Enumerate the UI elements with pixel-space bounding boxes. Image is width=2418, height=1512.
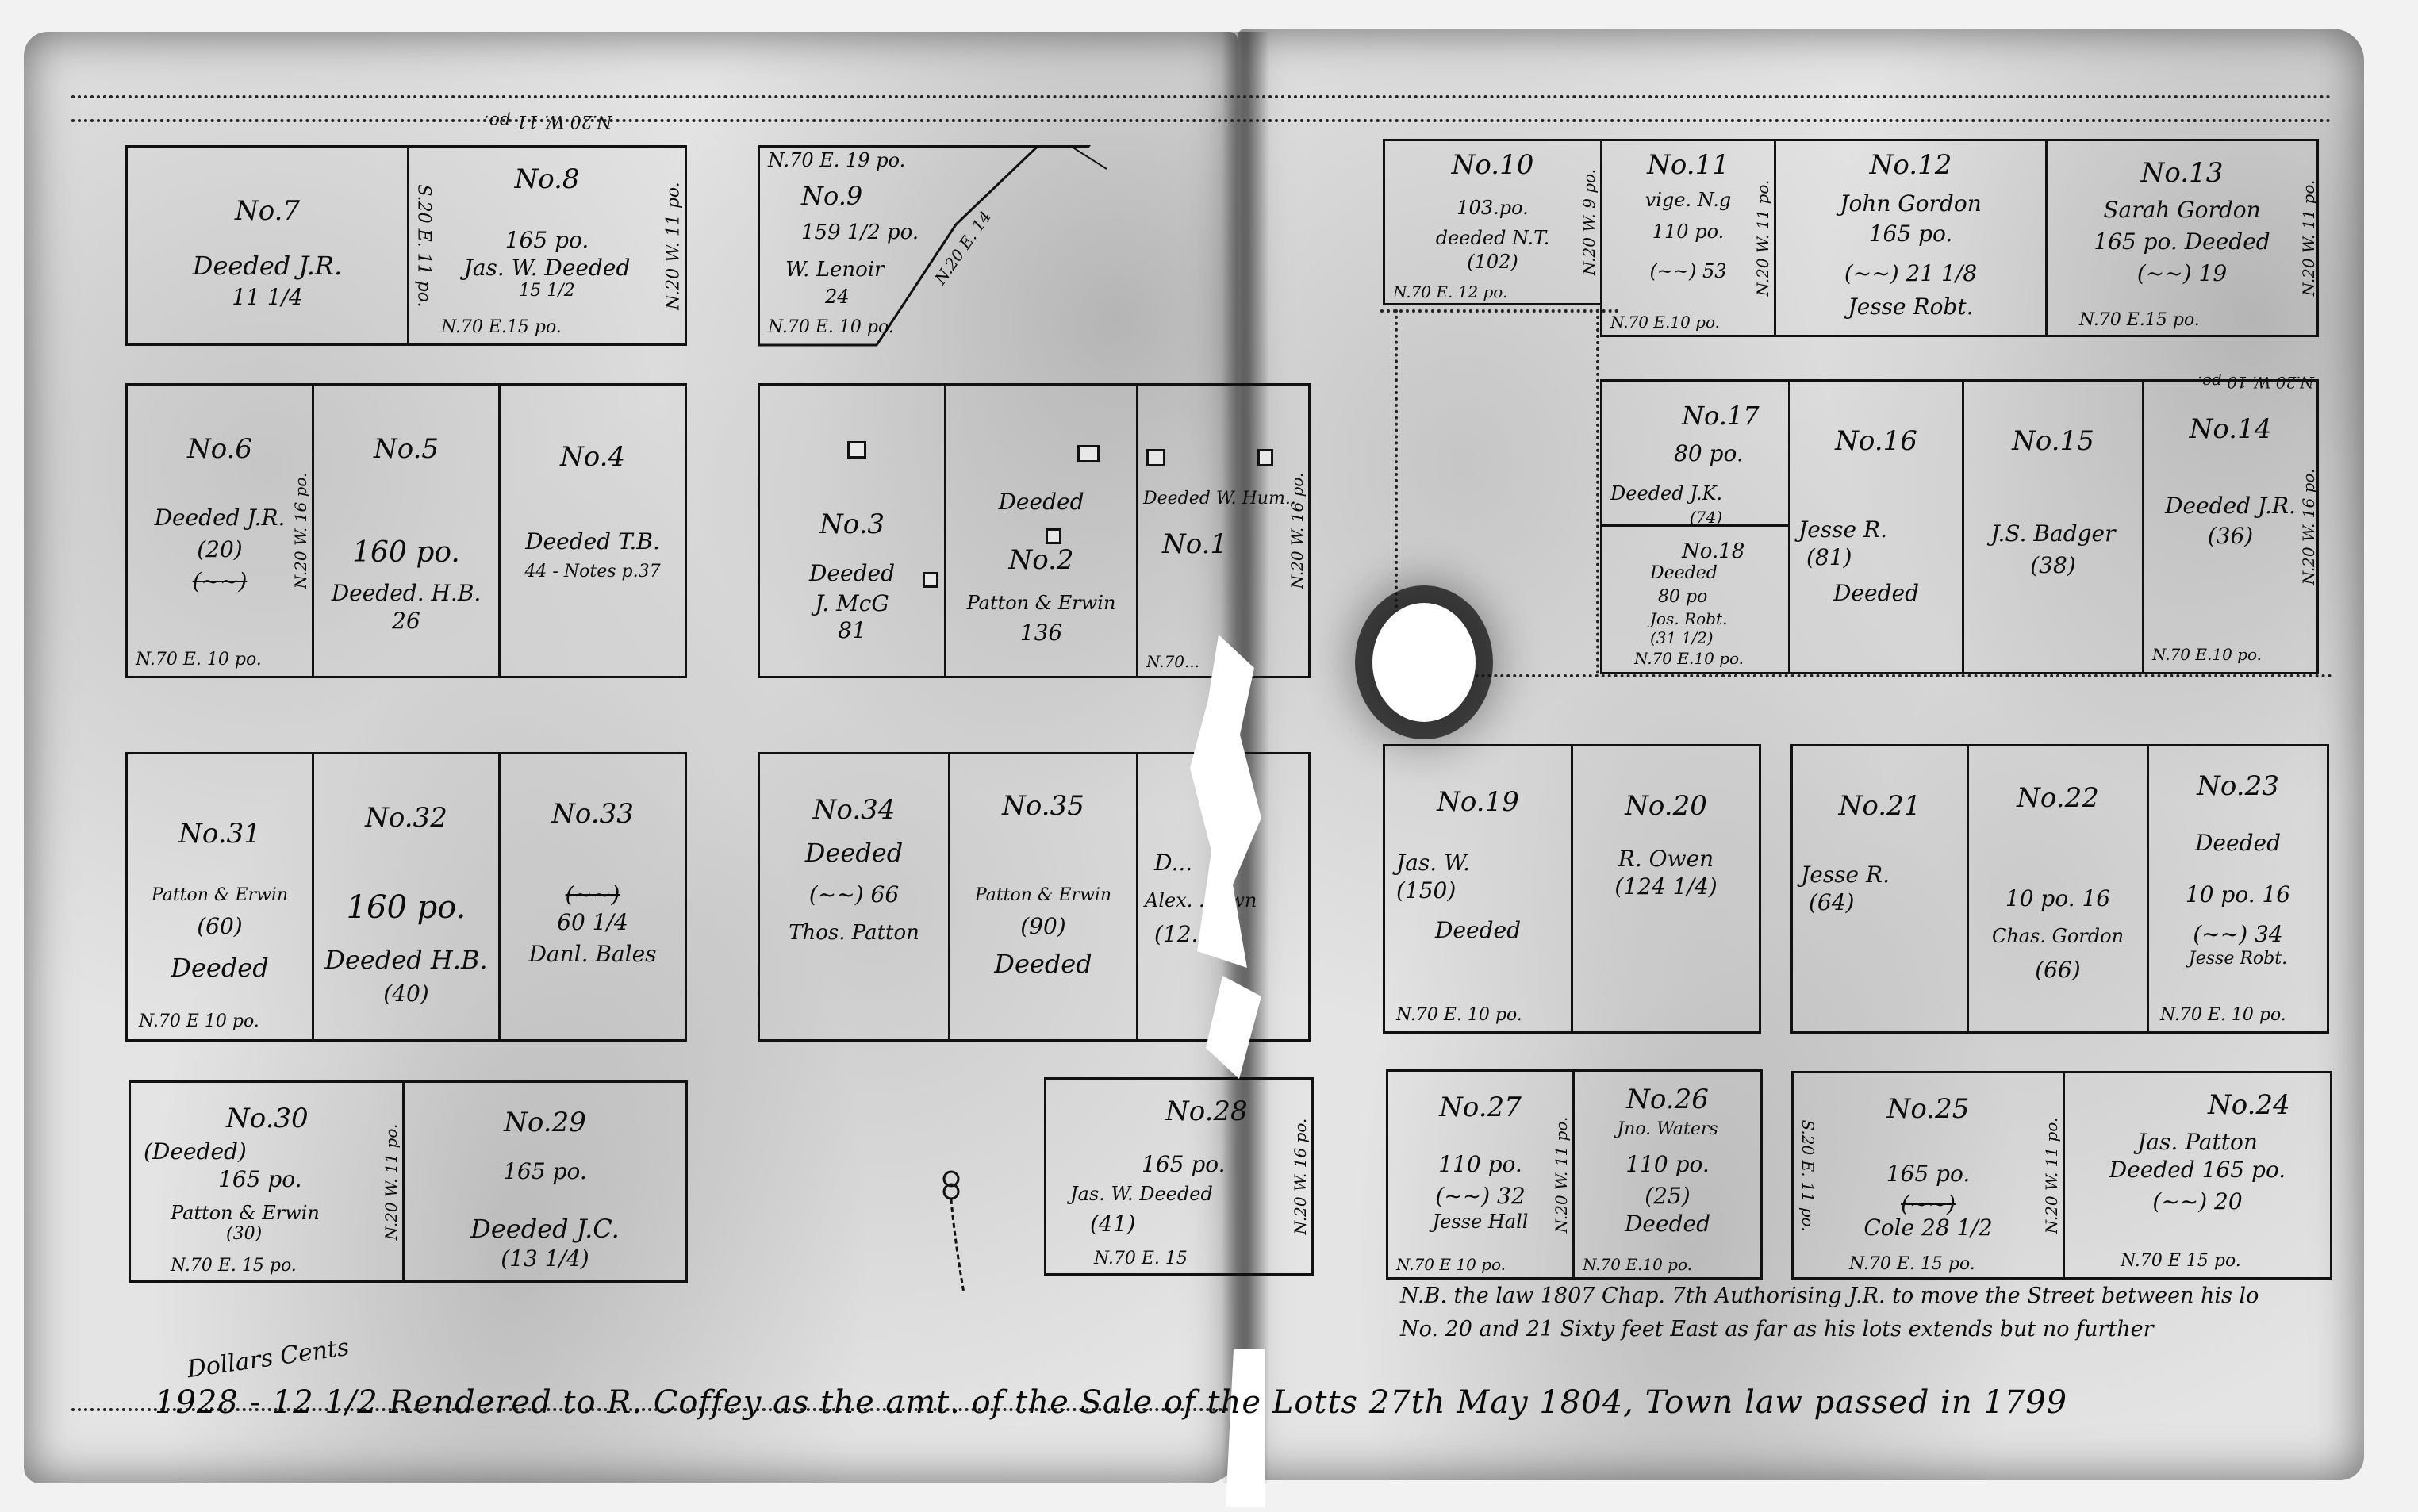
lot-owner: Jno. Waters — [1575, 1119, 1760, 1139]
survey-stake-marker — [940, 1166, 972, 1293]
lot-bearing: N.70 E 10 po. — [1396, 1255, 1506, 1274]
lot-side-bearing: N.20 W. 11 po. — [382, 1123, 401, 1240]
lot-value: (60) — [128, 913, 312, 939]
lot-side-note: 10 po. 16 — [1969, 885, 2147, 911]
lot-side-note: 10 po. 16 — [2149, 881, 2327, 908]
lot-area: 110 po. — [1388, 1151, 1572, 1177]
lot-20[interactable]: No.20 R. Owen (124 1/4) — [1571, 744, 1761, 1034]
lot-17-value: (74) — [1690, 508, 1722, 527]
street-line-vertical-2 — [1596, 309, 1599, 674]
lot-owner: Danl. Bales — [501, 941, 685, 967]
lot-owner: W. Lenoir — [785, 258, 885, 282]
lot-29[interactable]: No.29 165 po. Deeded J.C. (13 1/4) — [402, 1080, 688, 1283]
lot-bearing: N.70 E. 15 — [1094, 1249, 1188, 1268]
lot-area: 160 po. — [314, 536, 498, 569]
lot-bearing: N.70 E. 10 po. — [768, 317, 894, 337]
lot-value: (102) — [1385, 251, 1600, 273]
lot-value: (13 1/4) — [405, 1245, 685, 1272]
lot-area: 165 po. Deeded — [2048, 228, 2316, 255]
lot-number: No.5 — [314, 433, 498, 465]
lot-value-struck: (~~) — [128, 568, 312, 594]
lot-number: No.35 — [950, 790, 1136, 822]
lot-number: No.7 — [128, 195, 407, 227]
annotation-above-lot-8: N.20 W. 11 po. — [484, 111, 612, 131]
lot-deeded: (Deeded) — [131, 1138, 402, 1165]
lot-value-struck: (~~) — [501, 881, 685, 908]
lot-number: No.30 — [131, 1103, 402, 1134]
lot-number: No.3 — [760, 508, 944, 540]
lot-area: Deeded 165 po. — [2065, 1157, 2330, 1183]
lot-bearing: N.70 E 15 po. — [2121, 1251, 2241, 1271]
lot-bearing: N.70 E 10 po. — [139, 1011, 259, 1031]
lot-11[interactable]: No.11 vige. N.g 110 po. (~~) 53 N.70 E.1… — [1600, 139, 1776, 337]
lot-owner: Sarah Gordon — [2048, 197, 2316, 223]
lot-number: No.34 — [760, 794, 948, 826]
street-line-mid — [1380, 674, 2332, 677]
lot-deeded: Deeded — [946, 489, 1136, 515]
building-icon — [1046, 528, 1061, 544]
lot-18-owner: Jos. Robt. — [1650, 609, 1727, 628]
lot-21[interactable]: No.21 Jesse R. (64) — [1790, 744, 1969, 1034]
lot-7[interactable]: No.7 Deeded J.R. 11 1/4 — [125, 145, 409, 346]
lot-side-bearing: N.20 W. 11 po. — [664, 182, 684, 310]
lot-35[interactable]: No.35 Patton & Erwin (90) Deeded — [948, 752, 1138, 1042]
lot-value: (124 1/4) — [1573, 873, 1759, 900]
lot-18-area: 80 po — [1658, 587, 1707, 607]
lot-value: 26 — [314, 608, 498, 634]
lot-number: No.15 — [1964, 425, 2142, 457]
lot-number: No.31 — [128, 818, 312, 850]
lot-33[interactable]: No.33 (~~) 60 1/4 Danl. Bales — [498, 752, 687, 1042]
lot-14[interactable]: No.14 Deeded J.R. (36) N.70 E.10 po. N.2… — [2142, 379, 2319, 674]
lot-number: No.6 — [128, 433, 312, 465]
lot-deeded: Deeded — [1790, 580, 1962, 606]
lot-value: (64) — [1793, 889, 1967, 915]
lot-area: 165 po. — [405, 1158, 685, 1184]
lot-side-bearing: N.20 W. 16 po. — [291, 473, 310, 589]
law-note-line-2: No. 20 and 21 Sixty feet East as far as … — [1400, 1317, 2154, 1341]
lot-number: No.26 — [1575, 1084, 1760, 1115]
lot-number: No.24 — [2065, 1089, 2330, 1121]
lot-area: 165 po. — [409, 227, 685, 253]
lot-bearing: N.70 E. 10 po. — [1396, 1005, 1522, 1025]
lot-owner: Cole 28 1/2 — [1794, 1215, 2063, 1241]
lot-18-bearing: N.70 E.10 po. — [1634, 649, 1744, 668]
lot-17-area: 80 po. — [1674, 440, 1744, 466]
lot-number: No.28 — [1046, 1096, 1311, 1127]
lot-number: No.12 — [1776, 149, 2045, 181]
lot-area: 159 1/2 po. — [801, 221, 919, 244]
lot-number: No.10 — [1385, 149, 1600, 181]
street-line-cross — [1380, 309, 1618, 313]
lot-area: 165 po. — [1046, 1151, 1311, 1177]
lot-value: (41) — [1046, 1211, 1311, 1237]
lot-value: 44 - Notes p.37 — [501, 562, 685, 581]
lot-value: (30) — [131, 1224, 402, 1244]
lot-value: (~~) 34 — [2149, 921, 2327, 947]
lot-2[interactable]: No.2 Deeded Patton & Erwin 136 — [944, 383, 1138, 678]
lot-22[interactable]: No.22 10 po. 16 Chas. Gordon (66) — [1967, 744, 2149, 1034]
lot-17-number: No.17 — [1682, 401, 1760, 431]
lot-owner: Deeded W. Hum.. — [1138, 489, 1308, 508]
lot-number: No.29 — [405, 1107, 685, 1138]
lot-number: No.4 — [501, 441, 685, 473]
lot-owner: J. McG — [760, 590, 944, 616]
lot-1[interactable]: No.1 Deeded W. Hum.. N.70... N.20 W. 16 … — [1136, 383, 1311, 678]
lot-number: No.11 — [1602, 149, 1774, 181]
lot-18-value: (31 1/2) — [1650, 628, 1714, 647]
lot-value: (~~) 32 — [1388, 1183, 1572, 1209]
lot-owner: Deeded. H.B. — [314, 580, 498, 606]
lot-number: No.19 — [1385, 786, 1571, 818]
lot-purchaser: Jesse Robt. — [1776, 294, 2045, 320]
lot-bearing: N.70 E.15 po. — [2079, 310, 2200, 330]
lot-value: (150) — [1385, 877, 1571, 904]
lot-owner: Deeded J.R. — [128, 251, 407, 281]
lot-number: No.8 — [409, 163, 685, 195]
lot-9-top-bearing: N.70 E. 19 po. — [768, 149, 905, 171]
lot-side-bearing-left: S.20 E. 11 po. — [414, 184, 434, 307]
lot-number: No.16 — [1790, 425, 1962, 457]
lot-owner: Thos. Patton — [760, 921, 948, 945]
lot-value: 60 1/4 — [501, 909, 685, 935]
lot-area: 110 po. — [1602, 221, 1774, 243]
lot-number: No.22 — [1969, 782, 2147, 814]
building-icon — [1146, 449, 1165, 466]
lot-bearing: N.70 E. 12 po. — [1393, 282, 1507, 301]
building-icon — [1257, 449, 1273, 466]
lot-bearing: N.70 E.10 po. — [1583, 1255, 1692, 1274]
lot-deeded: Deeded — [760, 838, 948, 868]
lot-side-bearing: N.20 W. 16 po. — [2299, 469, 2318, 585]
building-icon — [847, 441, 866, 459]
building-icon — [1077, 445, 1100, 462]
lot-owner: Deeded H.B. — [314, 945, 498, 975]
law-note-line-1: N.B. the law 1807 Chap. 7th Authorising … — [1400, 1284, 2259, 1308]
lot-owner: Jesse Hall — [1388, 1211, 1572, 1233]
lot-18-number: No.18 — [1682, 539, 1744, 563]
lot-value: (~~) 21 1/8 — [1776, 260, 2045, 286]
lot-15[interactable]: No.15 J.S. Badger (38) — [1962, 379, 2144, 674]
lot-value: (~~) 19 — [2048, 260, 2316, 286]
lot-value: (~~) 53 — [1602, 260, 1774, 282]
building-icon — [923, 572, 938, 588]
lot-deeded: Deeded — [1575, 1211, 1760, 1237]
lot-bearing: N.70 E. 15 po. — [171, 1256, 297, 1276]
lot-side-bearing: N.20 W. 11 po. — [1753, 180, 1772, 297]
lot-bearing: N.70... — [1146, 652, 1199, 671]
lot-6[interactable]: No.6 Deeded J.R. (20) (~~) N.70 E. 10 po… — [125, 383, 314, 678]
lot-owner: Chas. Gordon — [1969, 925, 2147, 947]
lot-27[interactable]: No.27 110 po. (~~) 32 Jesse Hall N.70 E … — [1386, 1069, 1575, 1280]
lot-number: No.32 — [314, 802, 498, 834]
lot-owner: Deeded J.C. — [405, 1214, 685, 1244]
lot-value: 24 — [825, 286, 850, 308]
lot-value: (~~) 20 — [2065, 1188, 2330, 1215]
lot-area: 165 po. — [1794, 1161, 2063, 1187]
street-line-top — [71, 95, 2332, 98]
lot-owner: J.S. Badger — [1964, 520, 2142, 547]
lot-value: (90) — [950, 913, 1136, 939]
lot-number: No.27 — [1388, 1092, 1572, 1123]
lot-owner: Deeded T.B. — [501, 528, 685, 555]
lot-owner: R. Owen — [1573, 846, 1759, 872]
lot-24[interactable]: No.24 Jas. Patton Deeded 165 po. (~~) 20… — [2063, 1071, 2332, 1280]
lot-owner: John Gordon — [1776, 190, 2045, 217]
lot-owner: Jas. W. — [1385, 850, 1571, 876]
lot-value: 11 1/4 — [128, 284, 407, 310]
lot-17-owner: Deeded J.K. — [1610, 482, 1722, 505]
lot-value: (81) — [1790, 544, 1962, 570]
lot-13[interactable]: No.13 Sarah Gordon 165 po. Deeded (~~) 1… — [2045, 139, 2319, 337]
lot-deeded: Deeded — [2149, 830, 2327, 856]
burn-hole — [1372, 603, 1476, 722]
ledger-line: 1928 - 12 1/2 Rendered to R. Coffey as t… — [155, 1384, 2067, 1421]
lot-19[interactable]: No.19 Jas. W. (150) Deeded N.70 E. 10 po… — [1383, 744, 1573, 1034]
lot-number: No.14 — [2144, 413, 2316, 445]
lot-number: No.20 — [1573, 790, 1759, 822]
street-line-top-2 — [71, 119, 2332, 122]
lot-value: (25) — [1575, 1183, 1760, 1209]
lot-5[interactable]: No.5 160 po. Deeded. H.B. 26 — [312, 383, 501, 678]
lot-23[interactable]: No.23 Deeded 10 po. 16 (~~) 34 Jesse Rob… — [2147, 744, 2329, 1034]
lot-value: (40) — [314, 980, 498, 1007]
lot-bearing: N.70 E.10 po. — [2152, 645, 2262, 664]
lot-side-bearing: N.20 W. 11 po. — [2042, 1117, 2061, 1234]
lot-area: 165 po. — [1776, 221, 2045, 247]
lot-number: No.13 — [2048, 157, 2316, 189]
lot-bearing: N.70 E.15 po. — [441, 317, 562, 337]
lot-side-bearing: N.20 W. 16 po. — [1288, 473, 1307, 589]
lot-owner: Jesse R. — [1790, 516, 1962, 543]
lot-value-struck: (~~) — [1794, 1191, 2063, 1217]
lot-owner: Jas. Patton — [2065, 1129, 2330, 1155]
lot-value: 136 — [946, 620, 1136, 646]
lot-owner: Patton & Erwin — [128, 885, 312, 905]
lot-30[interactable]: No.30 (Deeded) 165 po. Patton & Erwin (3… — [129, 1080, 405, 1283]
lot-area: 103.po. — [1385, 197, 1600, 219]
lot-owner: Jesse Robt. — [2149, 949, 2327, 969]
lot-owner: vige. N.g — [1602, 189, 1774, 211]
lot-value: (36) — [2144, 523, 2316, 549]
lot-owner: Jas. W. Deeded — [1046, 1183, 1311, 1205]
lot-number: No.1 — [1138, 528, 1308, 560]
lot-area: 165 po. — [131, 1166, 402, 1192]
lot-value: 81 — [760, 617, 944, 643]
lot-value: (20) — [128, 536, 312, 562]
lot-number: No.9 — [801, 181, 862, 211]
lot-4[interactable]: No.4 Deeded T.B. 44 - Notes p.37 — [498, 383, 687, 678]
lot-value: 15 1/2 — [409, 281, 685, 301]
lot-25[interactable]: No.25 165 po. (~~) Cole 28 1/2 N.70 E. 1… — [1791, 1071, 2065, 1280]
lot-owner: Patton & Erwin — [946, 592, 1136, 614]
lot-34[interactable]: No.34 Deeded (~~) 66 Thos. Patton — [758, 752, 950, 1042]
lot-area: 110 po. — [1575, 1151, 1760, 1177]
lot-26[interactable]: No.26 Jno. Waters 110 po. (25) Deeded N.… — [1572, 1069, 1763, 1280]
lot-side-bearing: N.20 W. 9 po. — [1579, 169, 1599, 275]
lot-side-bearing: N.20 W. 11 po. — [2299, 180, 2318, 297]
lot-deeded: Deeded — [760, 560, 944, 586]
lot-owner: Jas. W. Deeded — [409, 255, 685, 281]
lot-3[interactable]: No.3 Deeded J. McG 81 — [758, 383, 946, 678]
lot-value: (~~) 66 — [760, 881, 948, 908]
lot-bearing: N.70 E.10 po. — [1610, 313, 1720, 332]
lot-18-deeded: Deeded — [1650, 563, 1718, 583]
lot-deeded: Deeded — [128, 953, 312, 983]
lot-bearing: N.70 E. 15 po. — [1849, 1254, 1975, 1274]
lot-deeded: Deeded — [950, 949, 1136, 979]
lot-owner: Patton & Erwin — [131, 1202, 402, 1224]
lot-number: No.2 — [946, 544, 1136, 576]
lot-owner: deeded N.T. — [1385, 227, 1600, 249]
lot-number: No.25 — [1794, 1093, 2063, 1125]
lot-value: (66) — [1969, 957, 2147, 983]
lot-side-bearing: N.20 W. 16 po. — [1291, 1119, 1310, 1235]
lot-32[interactable]: No.32 160 po. Deeded H.B. (40) — [312, 752, 501, 1042]
lot-area: 160 po. — [314, 889, 498, 926]
lot-number: No.21 — [1793, 790, 1967, 822]
lot-owner: Patton & Erwin — [950, 885, 1136, 905]
lot-12[interactable]: No.12 John Gordon 165 po. (~~) 21 1/8 Je… — [1774, 139, 2048, 337]
lot-side-bearing: N.20 W. 11 po. — [1552, 1116, 1571, 1233]
lot-number: No.23 — [2149, 770, 2327, 802]
lot-number: No.33 — [501, 798, 685, 830]
lot-side-bearing-left: S.20 E. 11 po. — [1798, 1119, 1817, 1231]
lot-owner: Jesse R. — [1793, 862, 1967, 888]
lot-bearing: N.70 E. 10 po. — [136, 650, 262, 670]
lot-deeded: Deeded — [1385, 917, 1571, 943]
lot-bearing: N.70 E. 10 po. — [2160, 1005, 2286, 1025]
lot-31[interactable]: No.31 Patton & Erwin (60) Deeded N.70 E … — [125, 752, 314, 1042]
lot-16[interactable]: No.16 Jesse R. (81) Deeded — [1788, 379, 1964, 674]
lot-10[interactable]: No.10 103.po. deeded N.T. (102) N.70 E. … — [1383, 139, 1602, 305]
lot-owner: Deeded J.R. — [2144, 493, 2316, 519]
lot-28[interactable]: No.28 165 po. Jas. W. Deeded (41) N.70 E… — [1044, 1077, 1314, 1276]
lot-value: (38) — [1964, 552, 2142, 578]
lot-owner: Deeded J.R. — [128, 505, 312, 531]
lot-8[interactable]: No.8 165 po. Jas. W. Deeded 15 1/2 N.70 … — [407, 145, 687, 346]
